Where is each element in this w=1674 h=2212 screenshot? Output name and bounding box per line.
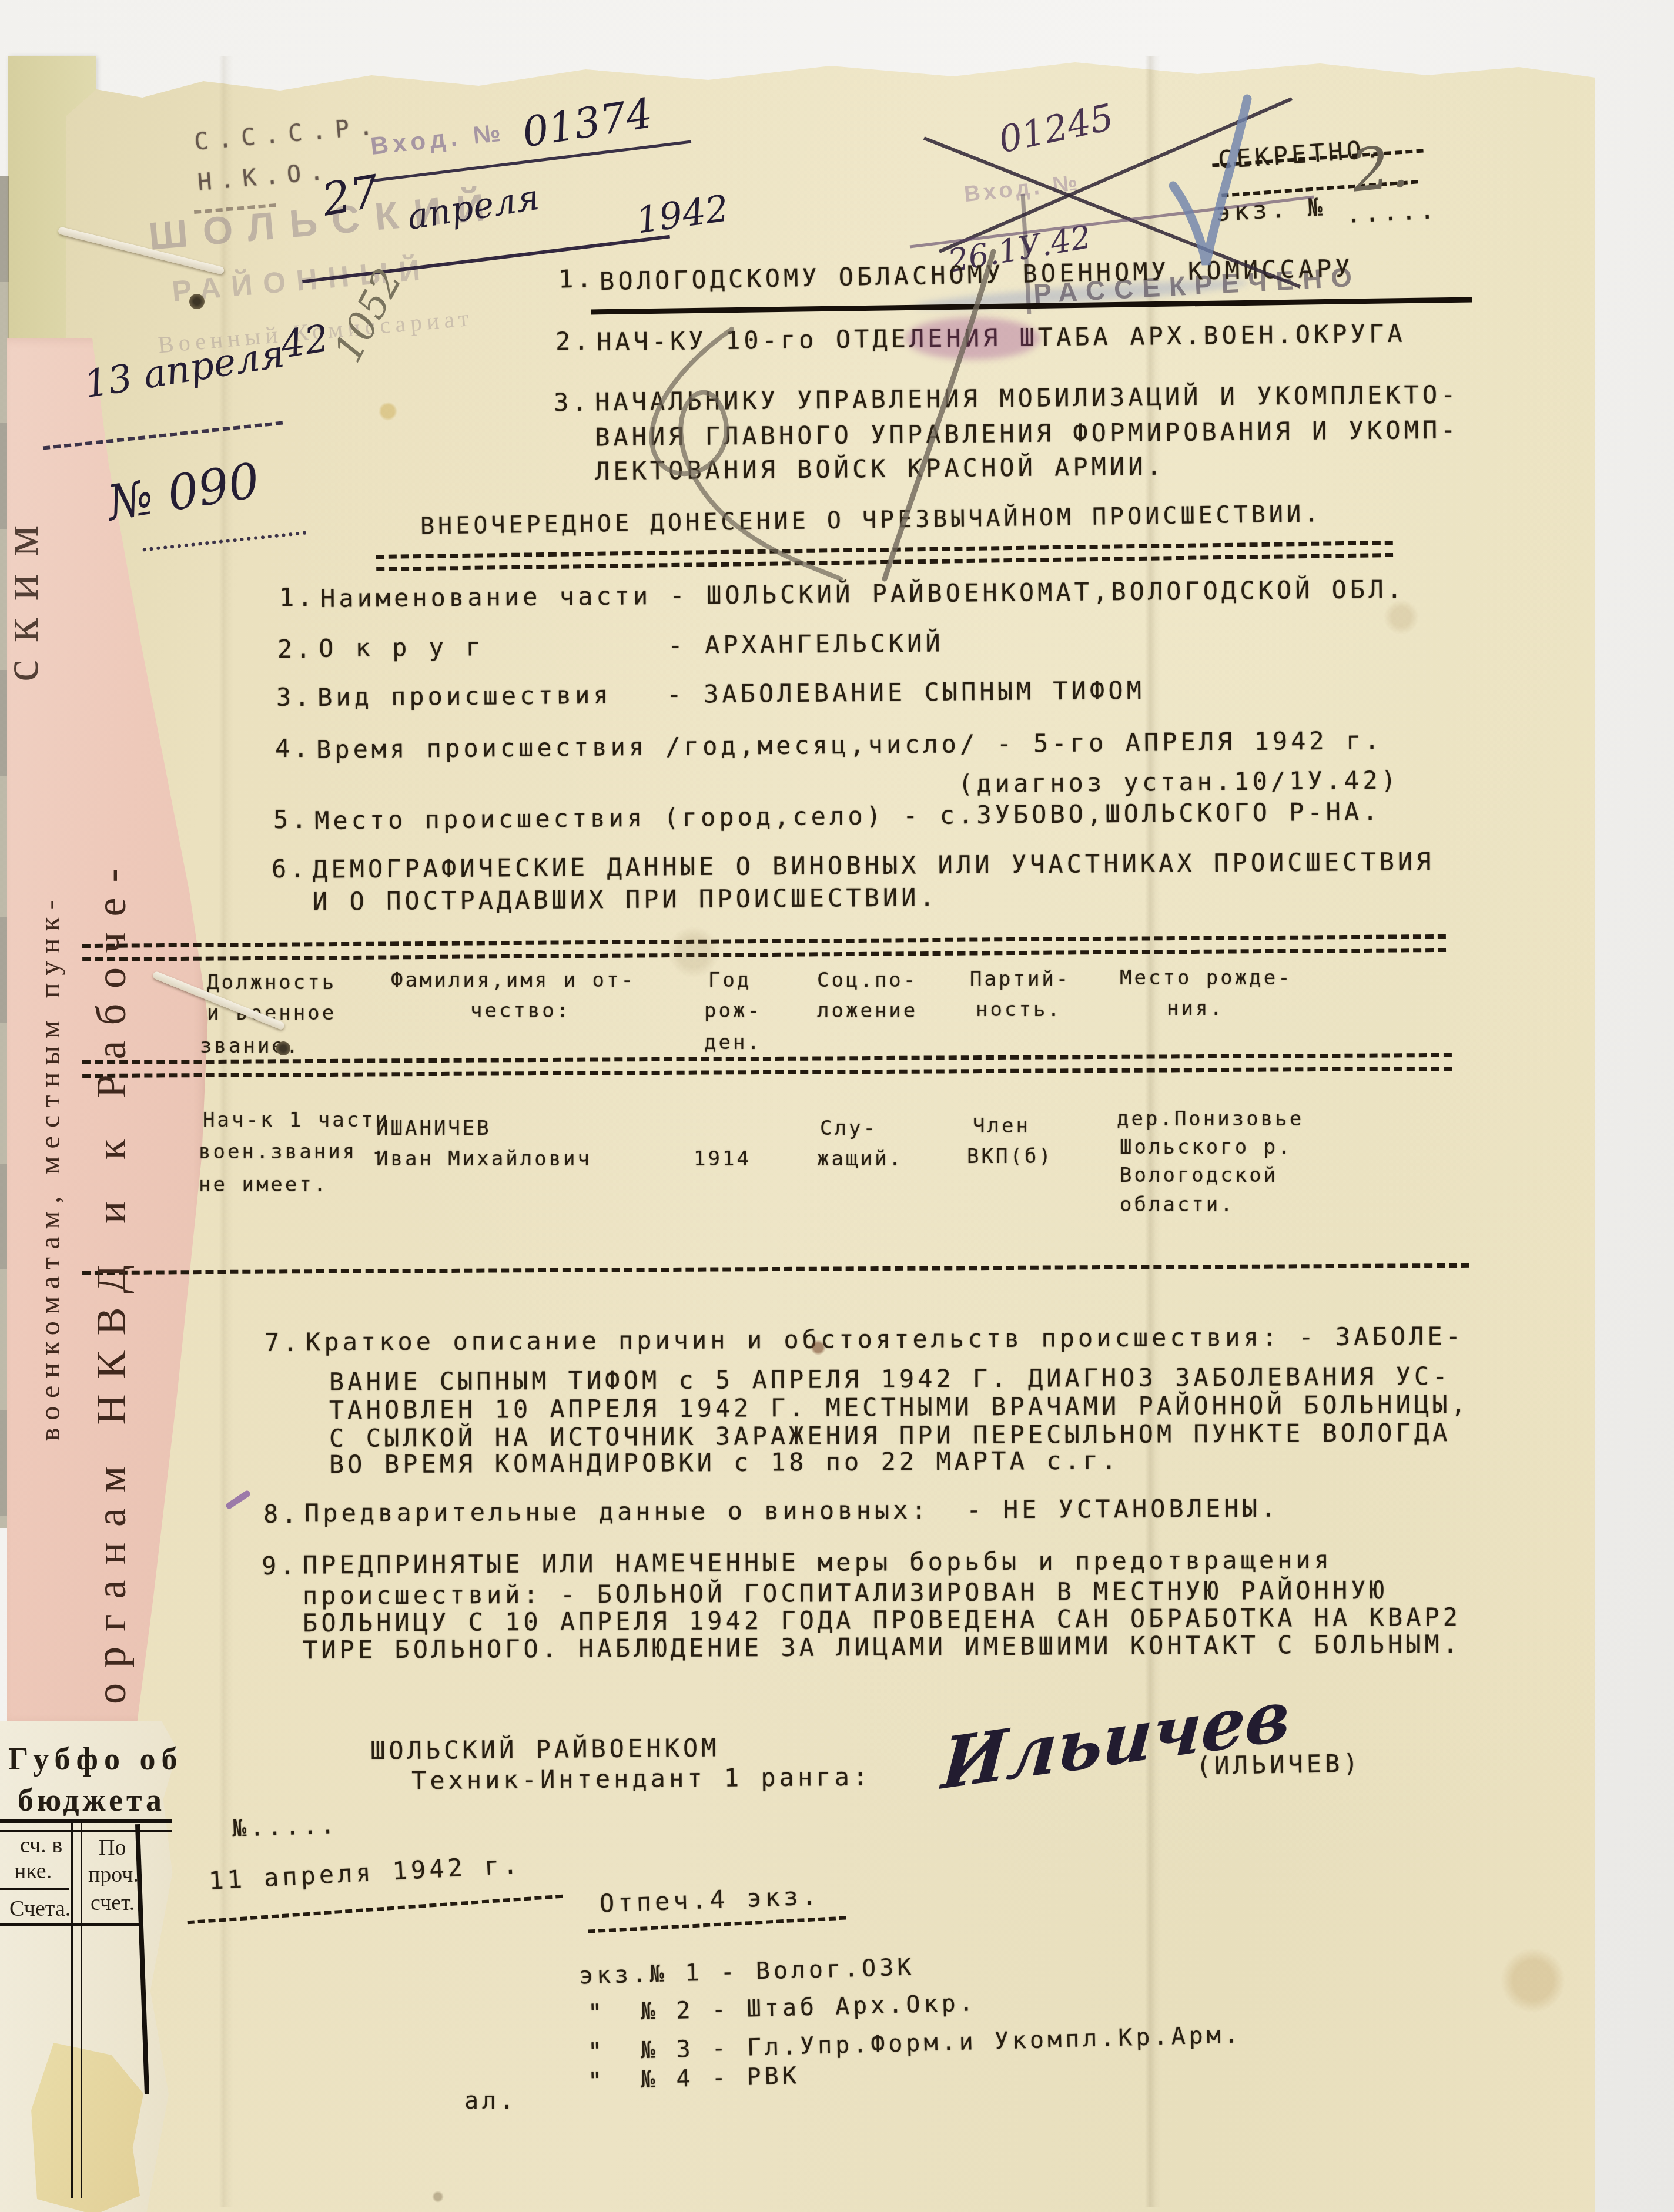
binding-hole-middle bbox=[276, 1041, 290, 1055]
form-cell-b2: проч. bbox=[88, 1862, 139, 1888]
form-vline-right bbox=[135, 1824, 149, 2094]
form-rule-a bbox=[0, 1888, 69, 1890]
form-cell-b1: По bbox=[99, 1835, 126, 1861]
strip-text-fragment-1: ским bbox=[0, 508, 50, 682]
form-print-line2: бюджета bbox=[18, 1782, 165, 1818]
form-cell-a2: нке. bbox=[14, 1858, 52, 1884]
form-cell-b3: счет. bbox=[91, 1890, 135, 1916]
form-rule-top bbox=[0, 1819, 172, 1832]
strip-text-fragment-2: военкоматам, местным пунк- bbox=[34, 893, 66, 1441]
form-cell-a1: сч. в bbox=[20, 1832, 62, 1858]
side-strip-layer: ским военкоматам, местным пунк- органам … bbox=[0, 0, 1674, 2212]
form-print-line1: Губфо об bbox=[8, 1741, 183, 1777]
form-vline-middle bbox=[71, 1822, 82, 2198]
strip-text-fragment-3: органам НКВД и к Рабоче- bbox=[87, 853, 136, 1704]
binding-hole-top bbox=[189, 294, 205, 309]
form-cell-a3: Счета. bbox=[9, 1896, 71, 1922]
